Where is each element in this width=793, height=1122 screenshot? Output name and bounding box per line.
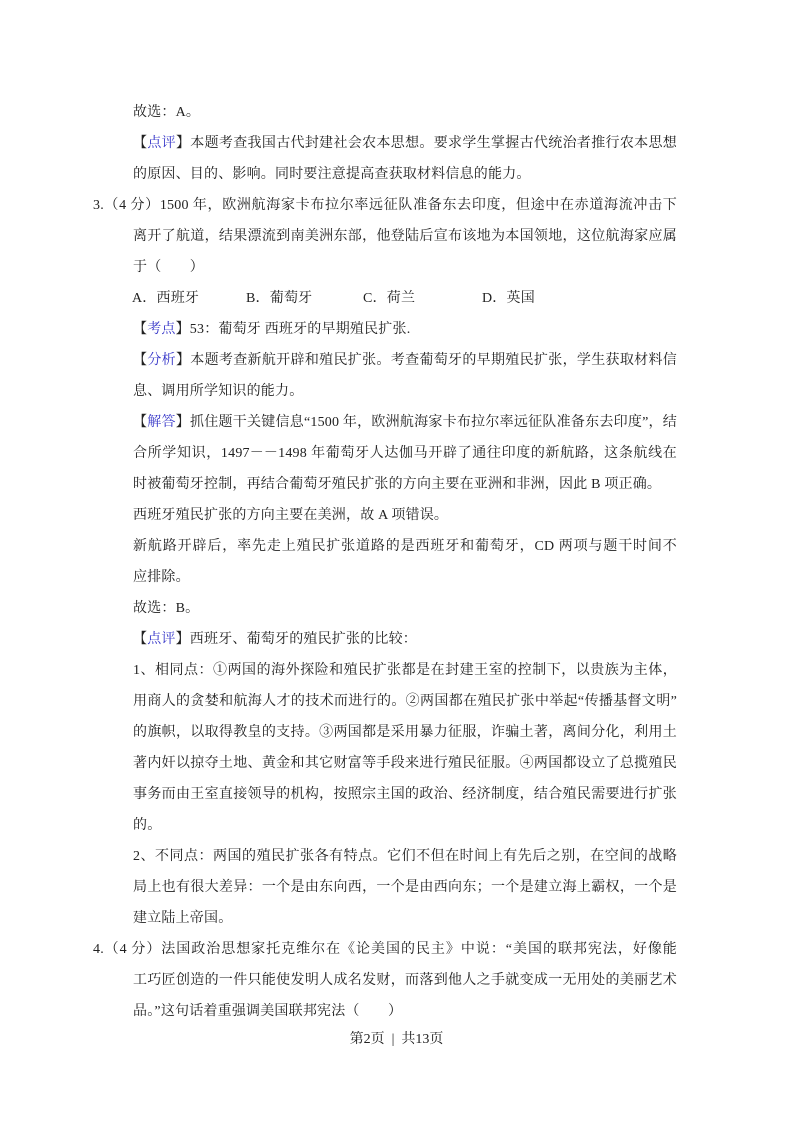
jieda-label: 解答: [147, 415, 176, 430]
comment-text: 】本题考查我国古代封建社会农本思想。要求学生掌握古代统治者推行农本思想: [176, 136, 677, 151]
fenxi-text: 】本题考查新航开辟和殖民扩张。考查葡萄牙的早期殖民扩张，学生获取材料信: [176, 353, 677, 368]
exam-answer-document-page: 故选：A。 【点评】本题考查我国古代封建社会农本思想。要求学生掌握古代统治者推行…: [0, 0, 793, 1122]
q4-stem-text: （4 分）法国政治思想家托克维尔在《论美国的民主》中说：“美国的联邦宪法，好像能: [104, 942, 677, 957]
q3-dianping-same-line-2: 用商人的贪婪和航海人才的技术而进行的。②两国都在殖民扩张中举起“传播基督文明”: [133, 686, 677, 717]
dianping-text: 】西班牙、葡萄牙的殖民扩张的比较：: [176, 632, 417, 647]
q3-option-c: C．荷兰: [363, 283, 482, 314]
footer-current-page: 第2页: [350, 1032, 385, 1047]
q3-dianping-diff-line-1: 2、不同点：两国的殖民扩张各有特点。它们不但在时间上有先后之别，在空间的战略布: [133, 841, 677, 872]
footer-total-pages: 共13页: [401, 1032, 443, 1047]
q3-dianping-diff-line-2: 局上也有很大差异：一个是由东向西，一个是由西向东；一个是建立海上霸权，一个是: [133, 872, 677, 903]
q3-jieda-line-6: 应排除。: [133, 562, 677, 593]
footer-separator: |: [392, 1032, 395, 1047]
q3-dianping-same-line-3: 的旗帜，以取得教皇的支持。③两国都是采用暴力征服，诈骗土著，离间分化，利用土: [133, 717, 677, 748]
bracket-open: 【: [133, 136, 147, 151]
kaodian-label: 考点: [147, 322, 175, 337]
q2-comment-line-2: 的原因、目的、影响。同时要注意提高查获取材料信息的能力。: [133, 159, 677, 190]
q3-jieda-line-5: 新航路开辟后，率先走上殖民扩张道路的是西班牙和葡萄牙，CD 两项与题干时间不符，: [133, 531, 677, 562]
q4-stem-line-3: 品。”这句话着重强调美国联邦宪法（ ）: [133, 996, 677, 1027]
page-footer: 第2页|共13页: [0, 1030, 793, 1050]
q4-number: 4.: [93, 942, 104, 957]
q3-dianping-same-line-1: 1、相同点：①两国的海外探险和殖民扩张都是在封建王室的控制下，以贵族为主体，利: [133, 655, 677, 686]
q3-stem-line-3: 于（ ）: [133, 252, 677, 283]
q3-option-b: B．葡萄牙: [246, 283, 363, 314]
q3-option-d: D．英国: [482, 283, 535, 314]
q3-kaodian-line: 【考点】53：葡萄牙 西班牙的早期殖民扩张.: [133, 314, 677, 345]
bracket-open: 【: [133, 322, 147, 337]
bracket-open: 【: [133, 353, 147, 368]
fenxi-label: 分析: [147, 353, 176, 368]
q3-jieda-line-1: 【解答】抓住题干关键信息“1500 年，欧洲航海家卡布拉尔率远征队准备东去印度”…: [133, 407, 677, 438]
q3-jieda-line-4: 西班牙殖民扩张的方向主要在美洲，故 A 项错误。: [133, 500, 677, 531]
q3-option-a: A．西班牙: [132, 283, 246, 314]
q3-dianping-same-line-5: 事务而由王室直接领导的机构，按照宗主国的政治、经济制度，结合殖民需要进行扩张: [133, 779, 677, 810]
q3-stem-line-1: 3.（4 分）1500 年，欧洲航海家卡布拉尔率远征队准备东去印度，但途中在赤道…: [93, 190, 677, 221]
q4-stem-line-2: 工巧匠创造的一件只能使发明人成名发财，而落到他人之手就变成一无用处的美丽艺术: [133, 965, 677, 996]
q3-stem-line-2: 离开了航道，结果漂流到南美洲东部，他登陆后宣布该地为本国领地，这位航海家应属: [133, 221, 677, 252]
q3-number: 3.: [93, 198, 104, 213]
q2-answer-line: 故选：A。: [133, 97, 677, 128]
kaodian-text: 】53：葡萄牙 西班牙的早期殖民扩张.: [176, 322, 411, 337]
q3-dianping-same-line-6: 的。: [133, 810, 677, 841]
q3-fenxi-line-1: 【分析】本题考查新航开辟和殖民扩张。考查葡萄牙的早期殖民扩张，学生获取材料信: [133, 345, 677, 376]
q3-options-row: A．西班牙B．葡萄牙C．荷兰D．英国: [132, 283, 677, 314]
q3-fenxi-line-2: 息、调用所学知识的能力。: [133, 376, 677, 407]
q3-stem-text: （4 分）1500 年，欧洲航海家卡布拉尔率远征队准备东去印度，但途中在赤道海流…: [104, 198, 677, 213]
q2-comment-line-1: 【点评】本题考查我国古代封建社会农本思想。要求学生掌握古代统治者推行农本思想: [133, 128, 677, 159]
q3-dianping-line-1: 【点评】西班牙、葡萄牙的殖民扩张的比较：: [133, 624, 677, 655]
q3-jieda-line-2: 合所学知识，1497－－1498 年葡萄牙人达伽马开辟了通往印度的新航路，这条航…: [133, 438, 677, 469]
q3-answer-line: 故选：B。: [133, 593, 677, 624]
q3-jieda-line-3: 时被葡萄牙控制，再结合葡萄牙殖民扩张的方向主要在亚洲和非洲，因此 B 项正确。: [133, 469, 677, 500]
q4-stem-line-1: 4.（4 分）法国政治思想家托克维尔在《论美国的民主》中说：“美国的联邦宪法，好…: [93, 934, 677, 965]
jieda-text: 】抓住题干关键信息“1500 年，欧洲航海家卡布拉尔率远征队准备东去印度”，结: [176, 415, 677, 430]
bracket-open: 【: [133, 632, 147, 647]
q3-dianping-diff-line-3: 建立陆上帝国。: [133, 903, 677, 934]
document-text-block: 故选：A。 【点评】本题考查我国古代封建社会农本思想。要求学生掌握古代统治者推行…: [133, 97, 677, 1027]
bracket-open: 【: [133, 415, 147, 430]
q3-dianping-same-line-4: 著内奸以掠夺土地、黄金和其它财富等手段来进行殖民征服。④两国都设立了总揽殖民: [133, 748, 677, 779]
comment-label: 点评: [147, 136, 176, 151]
dianping-label: 点评: [147, 632, 175, 647]
